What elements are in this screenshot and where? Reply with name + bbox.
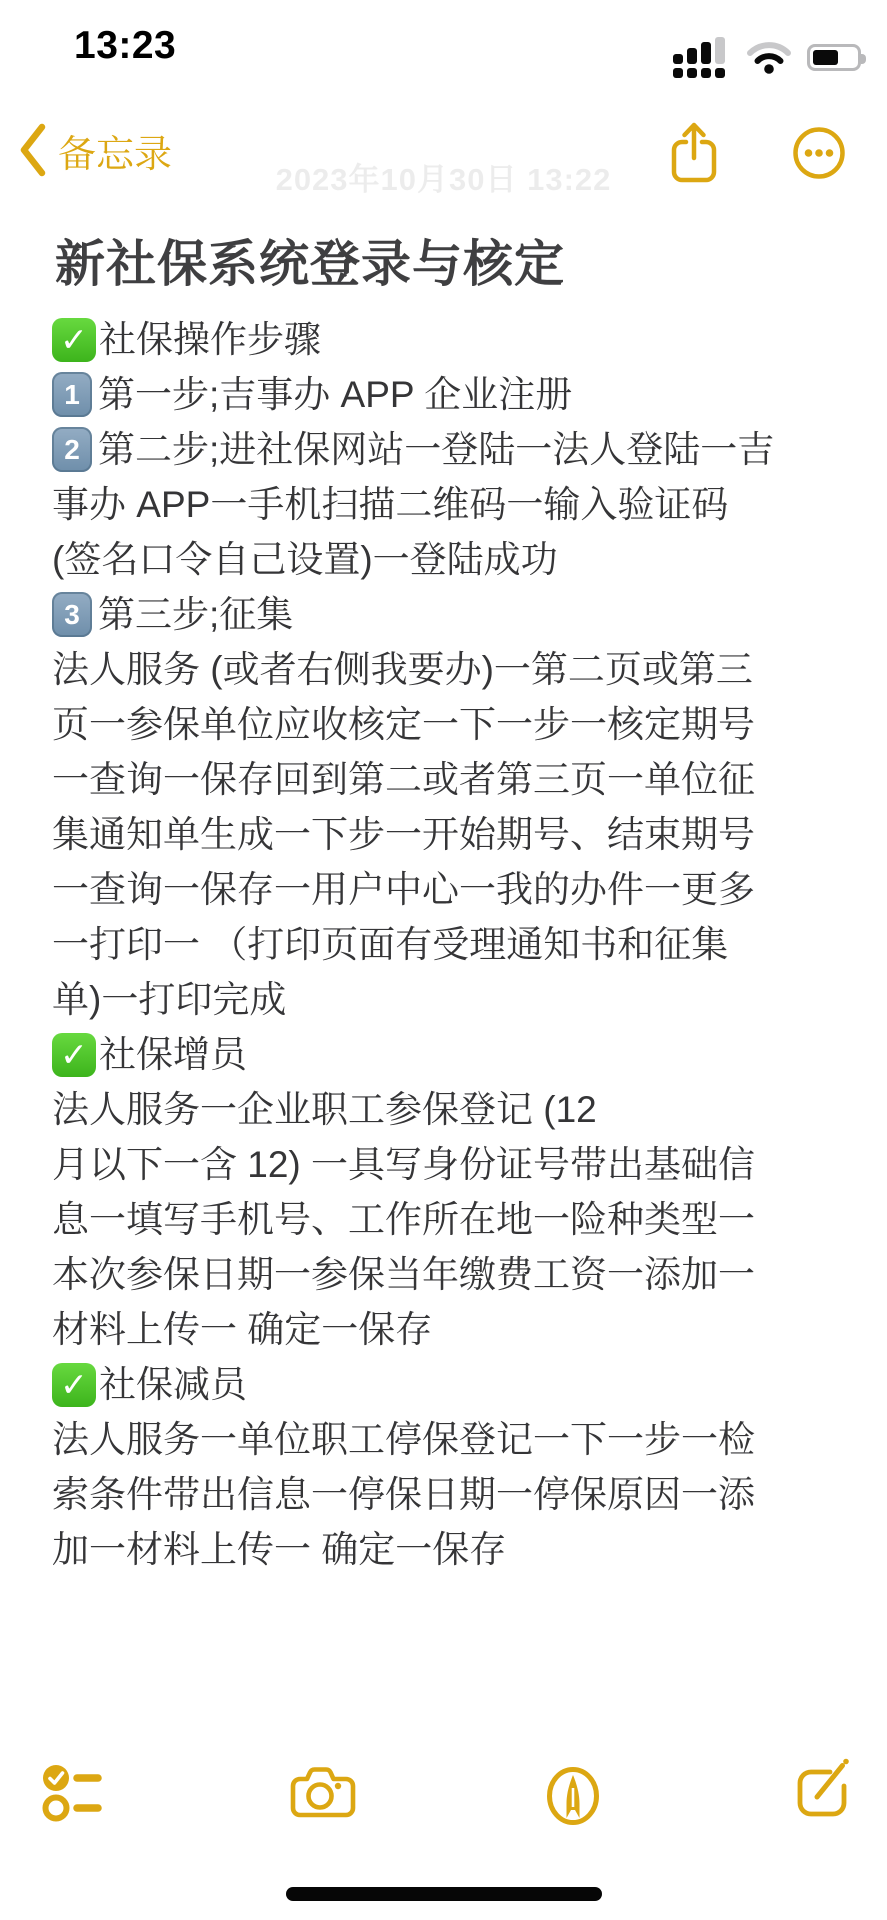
note-line-text: 法人服务一单位职工停保登记一下一步一检 (52, 1412, 755, 1467)
wifi-icon (746, 40, 792, 74)
note-line: ✓社保增员 (52, 1027, 852, 1082)
note-line-text: 事办 APP一手机扫描二维码一输入验证码 (52, 477, 728, 532)
note-line: 索条件带出信息一停保日期一停保原因一添 (52, 1467, 852, 1522)
share-button[interactable] (670, 120, 718, 184)
note-line-text: 第一步;吉事办 APP 企业注册 (98, 367, 572, 422)
camera-icon (290, 1766, 356, 1818)
note-line: 一查询一保存回到第二或者第三页一单位征 (52, 752, 852, 807)
note-line-text: 索条件带出信息一停保日期一停保原因一添 (52, 1467, 755, 1522)
note-line: 本次参保日期一参保当年缴费工资一添加一 (52, 1247, 852, 1302)
note-line: 法人服务一企业职工参保登记 (12 (52, 1082, 852, 1137)
note-line-text: 社保减员 (99, 1357, 247, 1412)
note-line: 一查询一保存一用户中心一我的办件一更多 (52, 862, 852, 917)
keycap-3-emoji: 3 (52, 592, 92, 637)
keycap-2-emoji: 2 (52, 427, 92, 472)
note-line: 月以下一含 12) 一具写身份证号带出基础信 (52, 1137, 852, 1192)
note-line-text: 息一填写手机号、工作所在地一险种类型一 (52, 1192, 755, 1247)
home-indicator[interactable] (286, 1887, 602, 1901)
note-line: 材料上传一 确定一保存 (52, 1302, 852, 1357)
note-line-text: 社保增员 (99, 1027, 247, 1082)
note-line-text: 本次参保日期一参保当年缴费工资一添加一 (52, 1247, 755, 1302)
note-line-text: 月以下一含 12) 一具写身份证号带出基础信 (52, 1137, 755, 1192)
note-line: 集通知单生成一下步一开始期号、结束期号 (52, 807, 852, 862)
check-mark-emoji: ✓ (52, 1033, 96, 1077)
note-line: 法人服务 (或者右侧我要办)一第二页或第三 (52, 642, 852, 697)
compose-icon (796, 1756, 852, 1818)
back-button[interactable]: 备忘录 (18, 122, 172, 178)
share-icon (670, 120, 718, 184)
checklist-icon (42, 1764, 104, 1822)
status-time: 13:23 (74, 24, 176, 68)
note-line: (签名口令自己设置)一登陆成功 (52, 532, 852, 587)
markup-button[interactable] (546, 1766, 600, 1826)
back-button-label: 备忘录 (58, 123, 172, 178)
check-mark-emoji: ✓ (52, 1363, 96, 1407)
compose-button[interactable] (796, 1756, 852, 1818)
note-line-text: 一查询一保存回到第二或者第三页一单位征 (52, 752, 755, 807)
back-chevron-icon (18, 122, 46, 178)
battery-icon (807, 44, 861, 71)
note-line-text: 第三步;征集 (98, 587, 293, 642)
note-line: 1第一步;吉事办 APP 企业注册 (52, 367, 852, 422)
check-mark-emoji: ✓ (52, 318, 96, 362)
note-body[interactable]: ✓社保操作步骤1第一步;吉事办 APP 企业注册2第二步;进社保网站一登陆一法人… (52, 312, 852, 1577)
note-line-text: (签名口令自己设置)一登陆成功 (52, 532, 558, 587)
note-line-text: 一打印一 （打印页面有受理通知书和征集 (52, 917, 728, 972)
note-line-text: 法人服务一企业职工参保登记 (12 (52, 1082, 597, 1137)
note-line: 页一参保单位应收核定一下一步一核定期号 (52, 697, 852, 752)
note-line-text: 加一材料上传一 确定一保存 (52, 1522, 506, 1577)
note-line: 2第二步;进社保网站一登陆一法人登陆一吉 (52, 422, 852, 477)
note-line-text: 集通知单生成一下步一开始期号、结束期号 (52, 807, 755, 862)
markup-pen-icon (546, 1766, 600, 1826)
status-icons (673, 36, 861, 78)
note-line: ✓社保减员 (52, 1357, 852, 1412)
note-line-text: 单)一打印完成 (52, 972, 286, 1027)
note-line: 事办 APP一手机扫描二维码一输入验证码 (52, 477, 852, 532)
checklist-button[interactable] (42, 1764, 104, 1822)
notes-app-screen: 13:23 备忘录 (0, 0, 887, 1920)
more-ellipsis-icon (792, 126, 846, 180)
note-line: 息一填写手机号、工作所在地一险种类型一 (52, 1192, 852, 1247)
note-line: 3第三步;征集 (52, 587, 852, 642)
note-line: ✓社保操作步骤 (52, 312, 852, 367)
note-line: 单)一打印完成 (52, 972, 852, 1027)
note-line-text: 页一参保单位应收核定一下一步一核定期号 (52, 697, 755, 752)
note-title[interactable]: 新社保系统登录与核定 (55, 224, 845, 296)
note-line: 一打印一 （打印页面有受理通知书和征集 (52, 917, 852, 972)
cellular-signal-dual-sim-icon (673, 37, 731, 78)
note-line-text: 法人服务 (或者右侧我要办)一第二页或第三 (52, 642, 753, 697)
note-line: 加一材料上传一 确定一保存 (52, 1522, 852, 1577)
more-button[interactable] (792, 126, 846, 180)
camera-button[interactable] (290, 1766, 356, 1818)
note-line: 法人服务一单位职工停保登记一下一步一检 (52, 1412, 852, 1467)
note-line-text: 第二步;进社保网站一登陆一法人登陆一吉 (98, 422, 774, 477)
note-line-text: 材料上传一 确定一保存 (52, 1302, 432, 1357)
note-line-text: 一查询一保存一用户中心一我的办件一更多 (52, 862, 755, 917)
keycap-1-emoji: 1 (52, 372, 92, 417)
note-line-text: 社保操作步骤 (99, 312, 321, 367)
